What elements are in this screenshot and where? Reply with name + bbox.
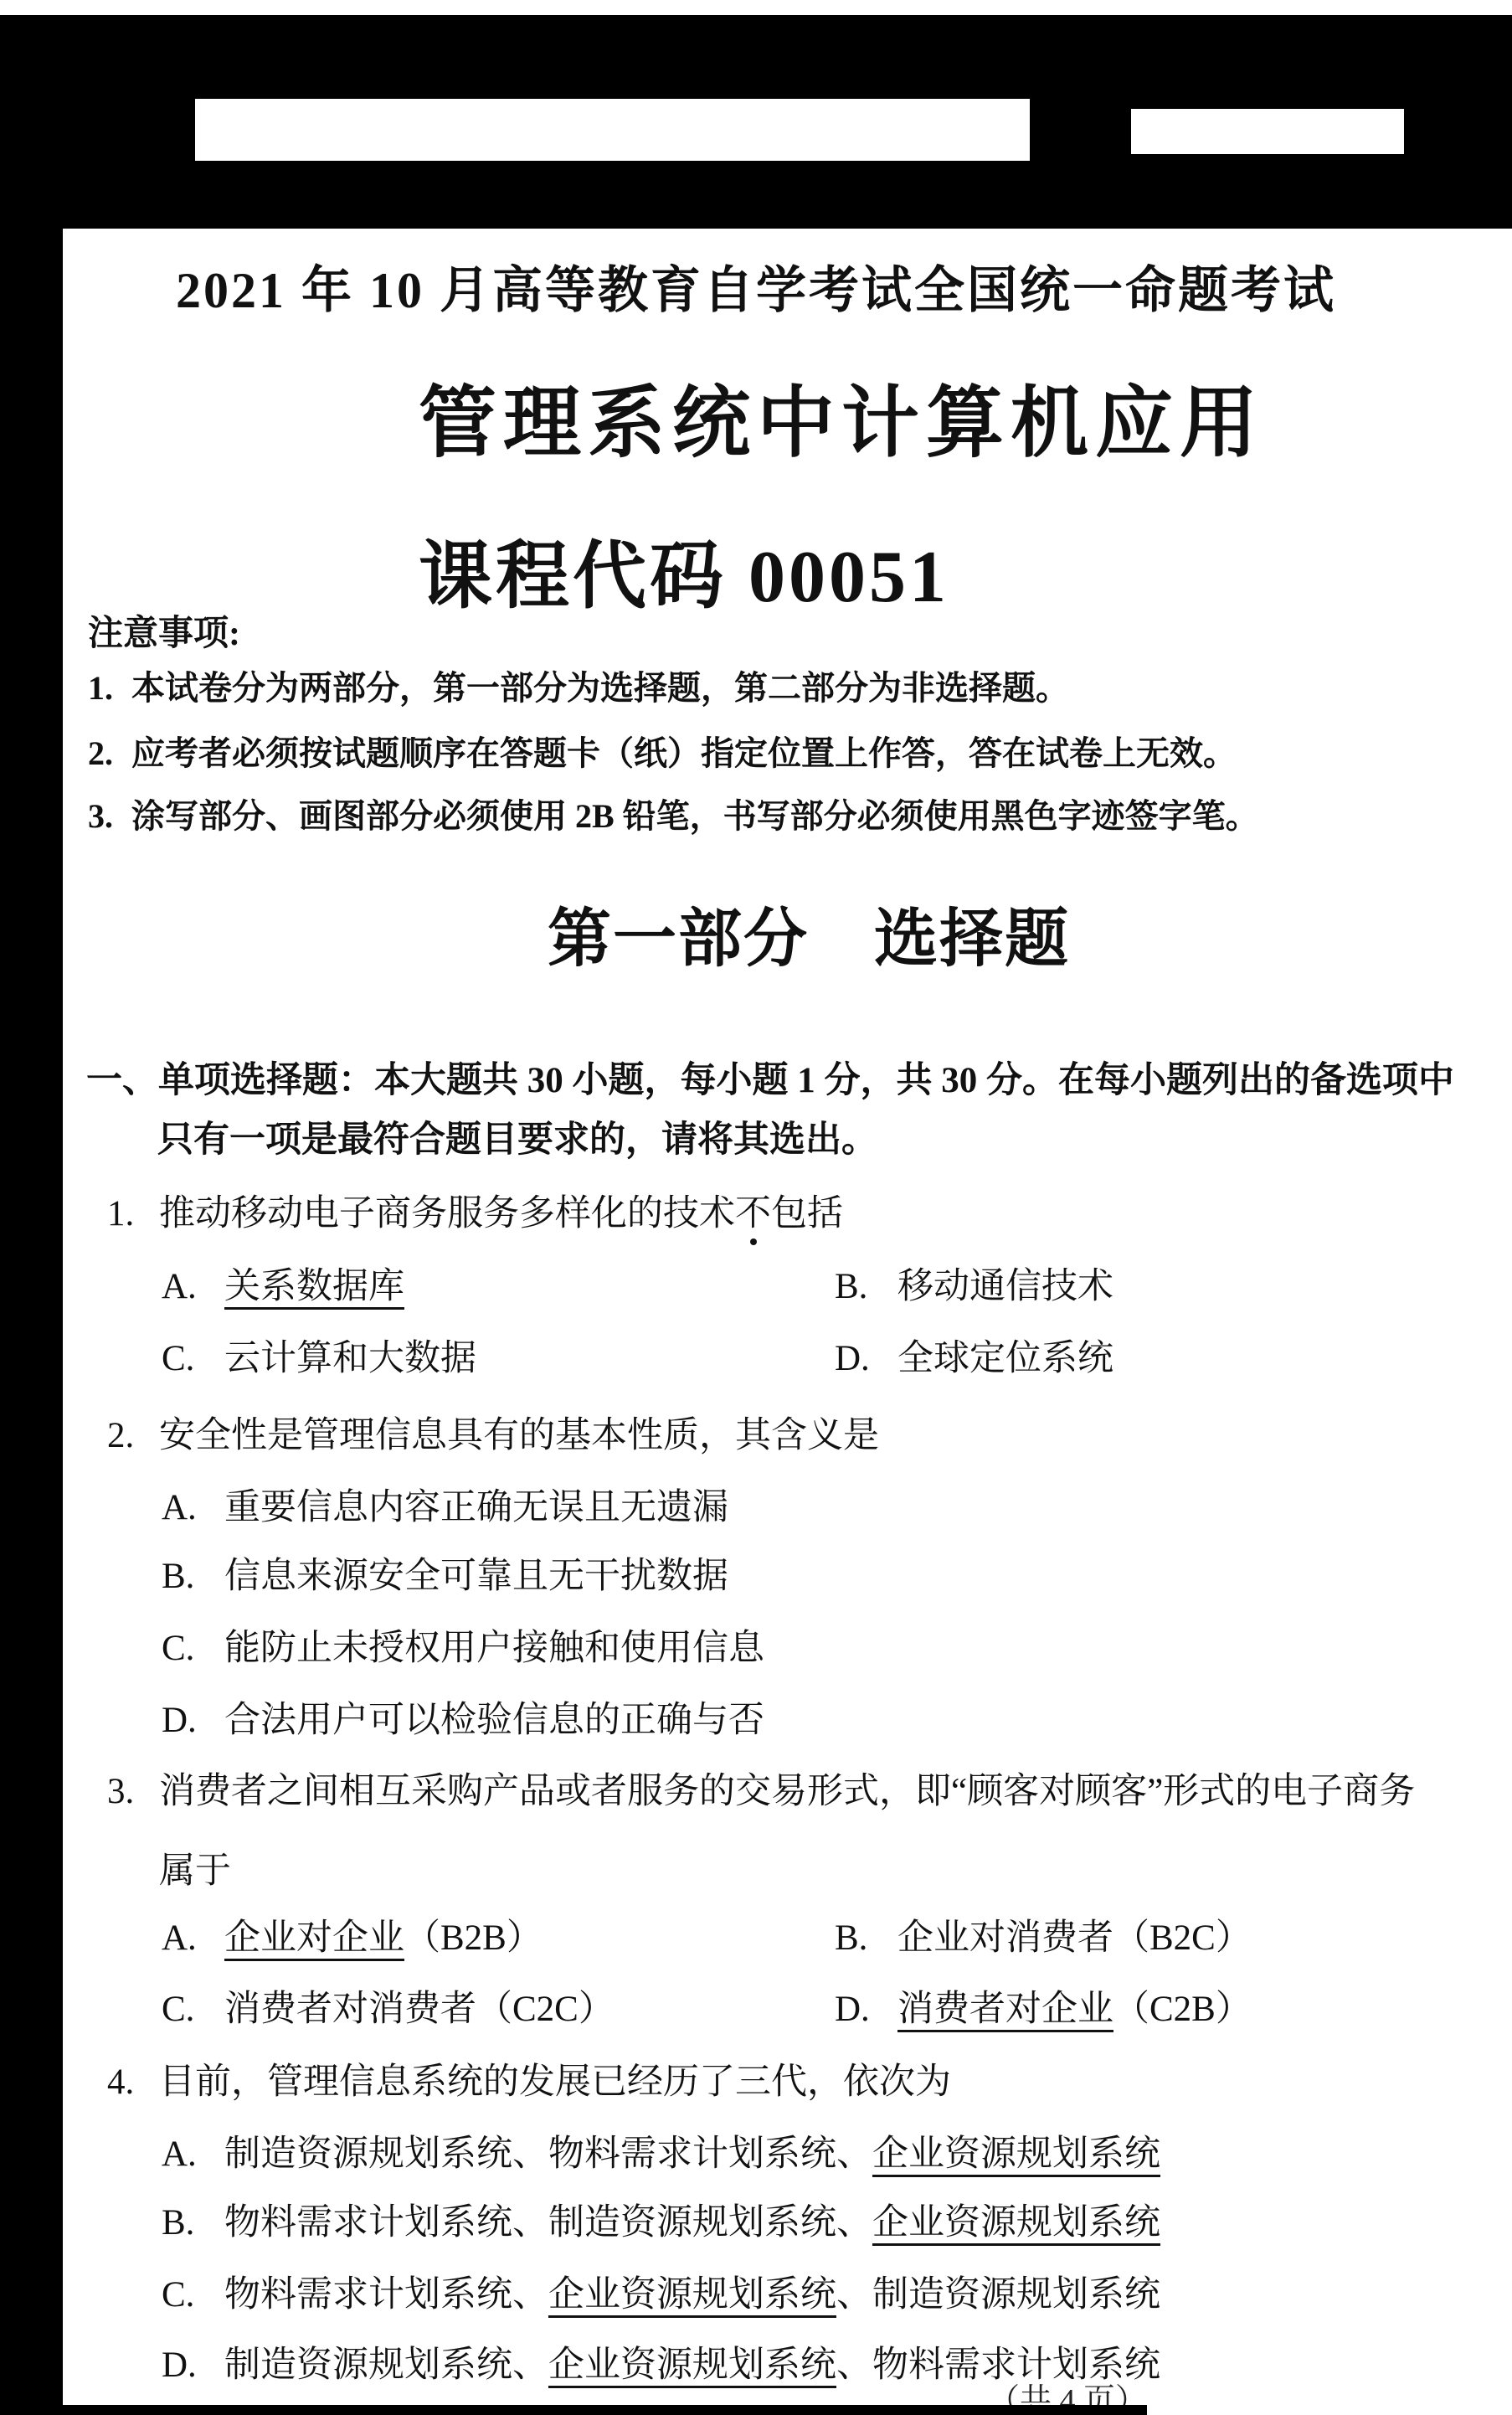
- question-3-option-c: C.消费者对消费者（C2C）: [162, 1989, 615, 2031]
- question-4-text: 目前，管理信息系统的发展已经历了三代，依次为: [159, 2062, 951, 2102]
- question-2-number: 2.: [107, 1415, 159, 1458]
- question-1: 1.推动移动电子商务服务多样化的技术不包括: [107, 1193, 843, 1236]
- question-2-option-d-letter: D.: [162, 1700, 224, 1743]
- question-1-option-c-letter: C.: [162, 1338, 224, 1381]
- question-2-option-b: B.信息来源安全可靠且无干扰数据: [162, 1556, 728, 1599]
- question-1-option-b-text: 移动通信技术: [897, 1267, 1113, 1306]
- question-1-option-d: D.全球定位系统: [835, 1338, 1113, 1381]
- question-4-option-d-letter: D.: [162, 2345, 224, 2387]
- question-4-option-a: A.制造资源规划系统、物料需求计划系统、企业资源规划系统: [162, 2134, 1160, 2176]
- notice-item-3-text: 涂写部分、画图部分必须使用 2B 铅笔，书写部分必须使用黑色字迹签字笔。: [131, 797, 1259, 835]
- notice-item-2-text: 应考者必须按试题顺序在答题卡（纸）指定位置上作答，答在试卷上无效。: [131, 734, 1237, 772]
- notice-item-1-text: 本试卷分为两部分，第一部分为选择题，第二部分为非选择题。: [131, 669, 1069, 707]
- question-1-option-c: C.云计算和大数据: [162, 1338, 476, 1381]
- notices-heading: 注意事项:: [88, 614, 240, 656]
- notice-item-2: 2.应考者必须按试题顺序在答题卡（纸）指定位置上作答，答在试卷上无效。: [88, 734, 1237, 773]
- question-3: 3.消费者之间相互采购产品或者服务的交易形式，即“顾客对顾客”形式的电子商务: [107, 1771, 1415, 1814]
- question-1-text: 推动移动电子商务服务多样化的技术不包括: [159, 1194, 843, 1233]
- notice-item-3: 3.涂写部分、画图部分必须使用 2B 铅笔，书写部分必须使用黑色字迹签字笔。: [88, 796, 1259, 836]
- question-4-option-b: B.物料需求计划系统、制造资源规划系统、企业资源规划系统: [162, 2202, 1160, 2245]
- scan-border-bottom: [0, 2405, 1147, 2415]
- question-3-option-d: D.消费者对企业（C2B）: [835, 1989, 1252, 2031]
- question-3-text-line-2: 属于: [159, 1851, 231, 1893]
- question-1-option-a-text: 关系数据库: [224, 1267, 404, 1310]
- question-2-option-a-text: 重要信息内容正确无误且无遗漏: [224, 1488, 728, 1527]
- question-2-text: 安全性是管理信息具有的基本性质，其含义是: [159, 1416, 879, 1455]
- question-2-option-c-text: 能防止未授权用户接触和使用信息: [224, 1629, 764, 1668]
- question-4-option-b-text: 物料需求计划系统、制造资源规划系统、企业资源规划系统: [224, 2203, 1160, 2246]
- question-1-option-d-text: 全球定位系统: [897, 1339, 1113, 1378]
- course-code-title: 课程代码 00051: [419, 534, 949, 621]
- question-3-option-b-text: 企业对消费者（B2C）: [897, 1918, 1252, 1958]
- question-4-option-c: C.物料需求计划系统、企业资源规划系统、制造资源规划系统: [162, 2274, 1160, 2317]
- question-3-text-line-1: 消费者之间相互采购产品或者服务的交易形式，即“顾客对顾客”形式的电子商务: [159, 1772, 1415, 1811]
- scan-border-left: [0, 229, 63, 2415]
- question-1-option-a-letter: A.: [162, 1266, 224, 1309]
- question-2-option-d: D.合法用户可以检验信息的正确与否: [162, 1700, 764, 1743]
- subject-title: 管理系统中计算机应用: [419, 378, 1264, 471]
- question-4-option-c-letter: C.: [162, 2274, 224, 2317]
- notice-item-2-number: 2.: [88, 734, 131, 773]
- question-4: 4.目前，管理信息系统的发展已经历了三代，依次为: [107, 2062, 951, 2104]
- question-4-option-d-text: 制造资源规划系统、企业资源规划系统、物料需求计划系统: [224, 2345, 1160, 2388]
- question-3-option-a-text: 企业对企业（B2B）: [224, 1918, 543, 1961]
- question-4-option-a-text: 制造资源规划系统、物料需求计划系统、企业资源规划系统: [224, 2134, 1160, 2177]
- question-4-number: 4.: [107, 2062, 159, 2104]
- scanned-exam-paper: { "titles": { "exam_session": "2021 年 10…: [0, 0, 1512, 2415]
- question-2-option-a-letter: A.: [162, 1487, 224, 1530]
- question-4-option-a-letter: A.: [162, 2134, 224, 2176]
- question-1-option-d-letter: D.: [835, 1338, 897, 1381]
- section-intro-line-1: 一、单项选择题：本大题共 30 小题，每小题 1 分，共 30 分。在每小题列出…: [86, 1060, 1454, 1103]
- question-4-option-d: D.制造资源规划系统、企业资源规划系统、物料需求计划系统: [162, 2345, 1160, 2387]
- question-3-option-d-text: 消费者对企业（C2B）: [897, 1990, 1252, 2032]
- question-3-number: 3.: [107, 1771, 159, 1814]
- question-3-option-d-letter: D.: [835, 1989, 897, 2031]
- question-4-option-b-letter: B.: [162, 2202, 224, 2245]
- question-3-option-a-letter: A.: [162, 1918, 224, 1960]
- notice-item-1-number: 1.: [88, 668, 131, 708]
- question-3-option-b: B.企业对消费者（B2C）: [835, 1918, 1252, 1960]
- redaction-box-2: [1131, 109, 1404, 154]
- question-1-option-a: A.关系数据库: [162, 1266, 404, 1309]
- question-3-option-c-letter: C.: [162, 1989, 224, 2031]
- question-2-option-c: C.能防止未授权用户接触和使用信息: [162, 1628, 764, 1671]
- question-1-option-b-letter: B.: [835, 1266, 897, 1309]
- question-3-option-c-text: 消费者对消费者（C2C）: [224, 1990, 615, 2029]
- section-heading: 第一部分 选择题: [548, 903, 1070, 978]
- question-2-option-a: A.重要信息内容正确无误且无遗漏: [162, 1487, 728, 1530]
- notice-item-1: 1.本试卷分为两部分，第一部分为选择题，第二部分为非选择题。: [88, 668, 1069, 708]
- question-3-option-a: A.企业对企业（B2B）: [162, 1918, 543, 1960]
- question-2: 2.安全性是管理信息具有的基本性质，其含义是: [107, 1415, 879, 1458]
- question-3-option-b-letter: B.: [835, 1918, 897, 1960]
- question-4-option-c-text: 物料需求计划系统、企业资源规划系统、制造资源规划系统: [224, 2275, 1160, 2318]
- question-1-number: 1.: [107, 1193, 159, 1236]
- section-intro-line-2: 只有一项是最符合题目要求的，请将其选出。: [157, 1120, 877, 1162]
- exam-session-title: 2021 年 10 月高等教育自学考试全国统一命题考试: [176, 261, 1336, 321]
- scan-border-top: [0, 15, 1512, 229]
- question-1-option-c-text: 云计算和大数据: [224, 1339, 476, 1378]
- question-2-option-c-letter: C.: [162, 1628, 224, 1671]
- question-2-option-d-text: 合法用户可以检验信息的正确与否: [224, 1701, 764, 1740]
- question-1-option-b: B.移动通信技术: [835, 1266, 1113, 1309]
- question-2-option-b-letter: B.: [162, 1556, 224, 1599]
- question-2-option-b-text: 信息来源安全可靠且无干扰数据: [224, 1557, 728, 1596]
- redaction-box-1: [195, 99, 1030, 161]
- notice-item-3-number: 3.: [88, 796, 131, 836]
